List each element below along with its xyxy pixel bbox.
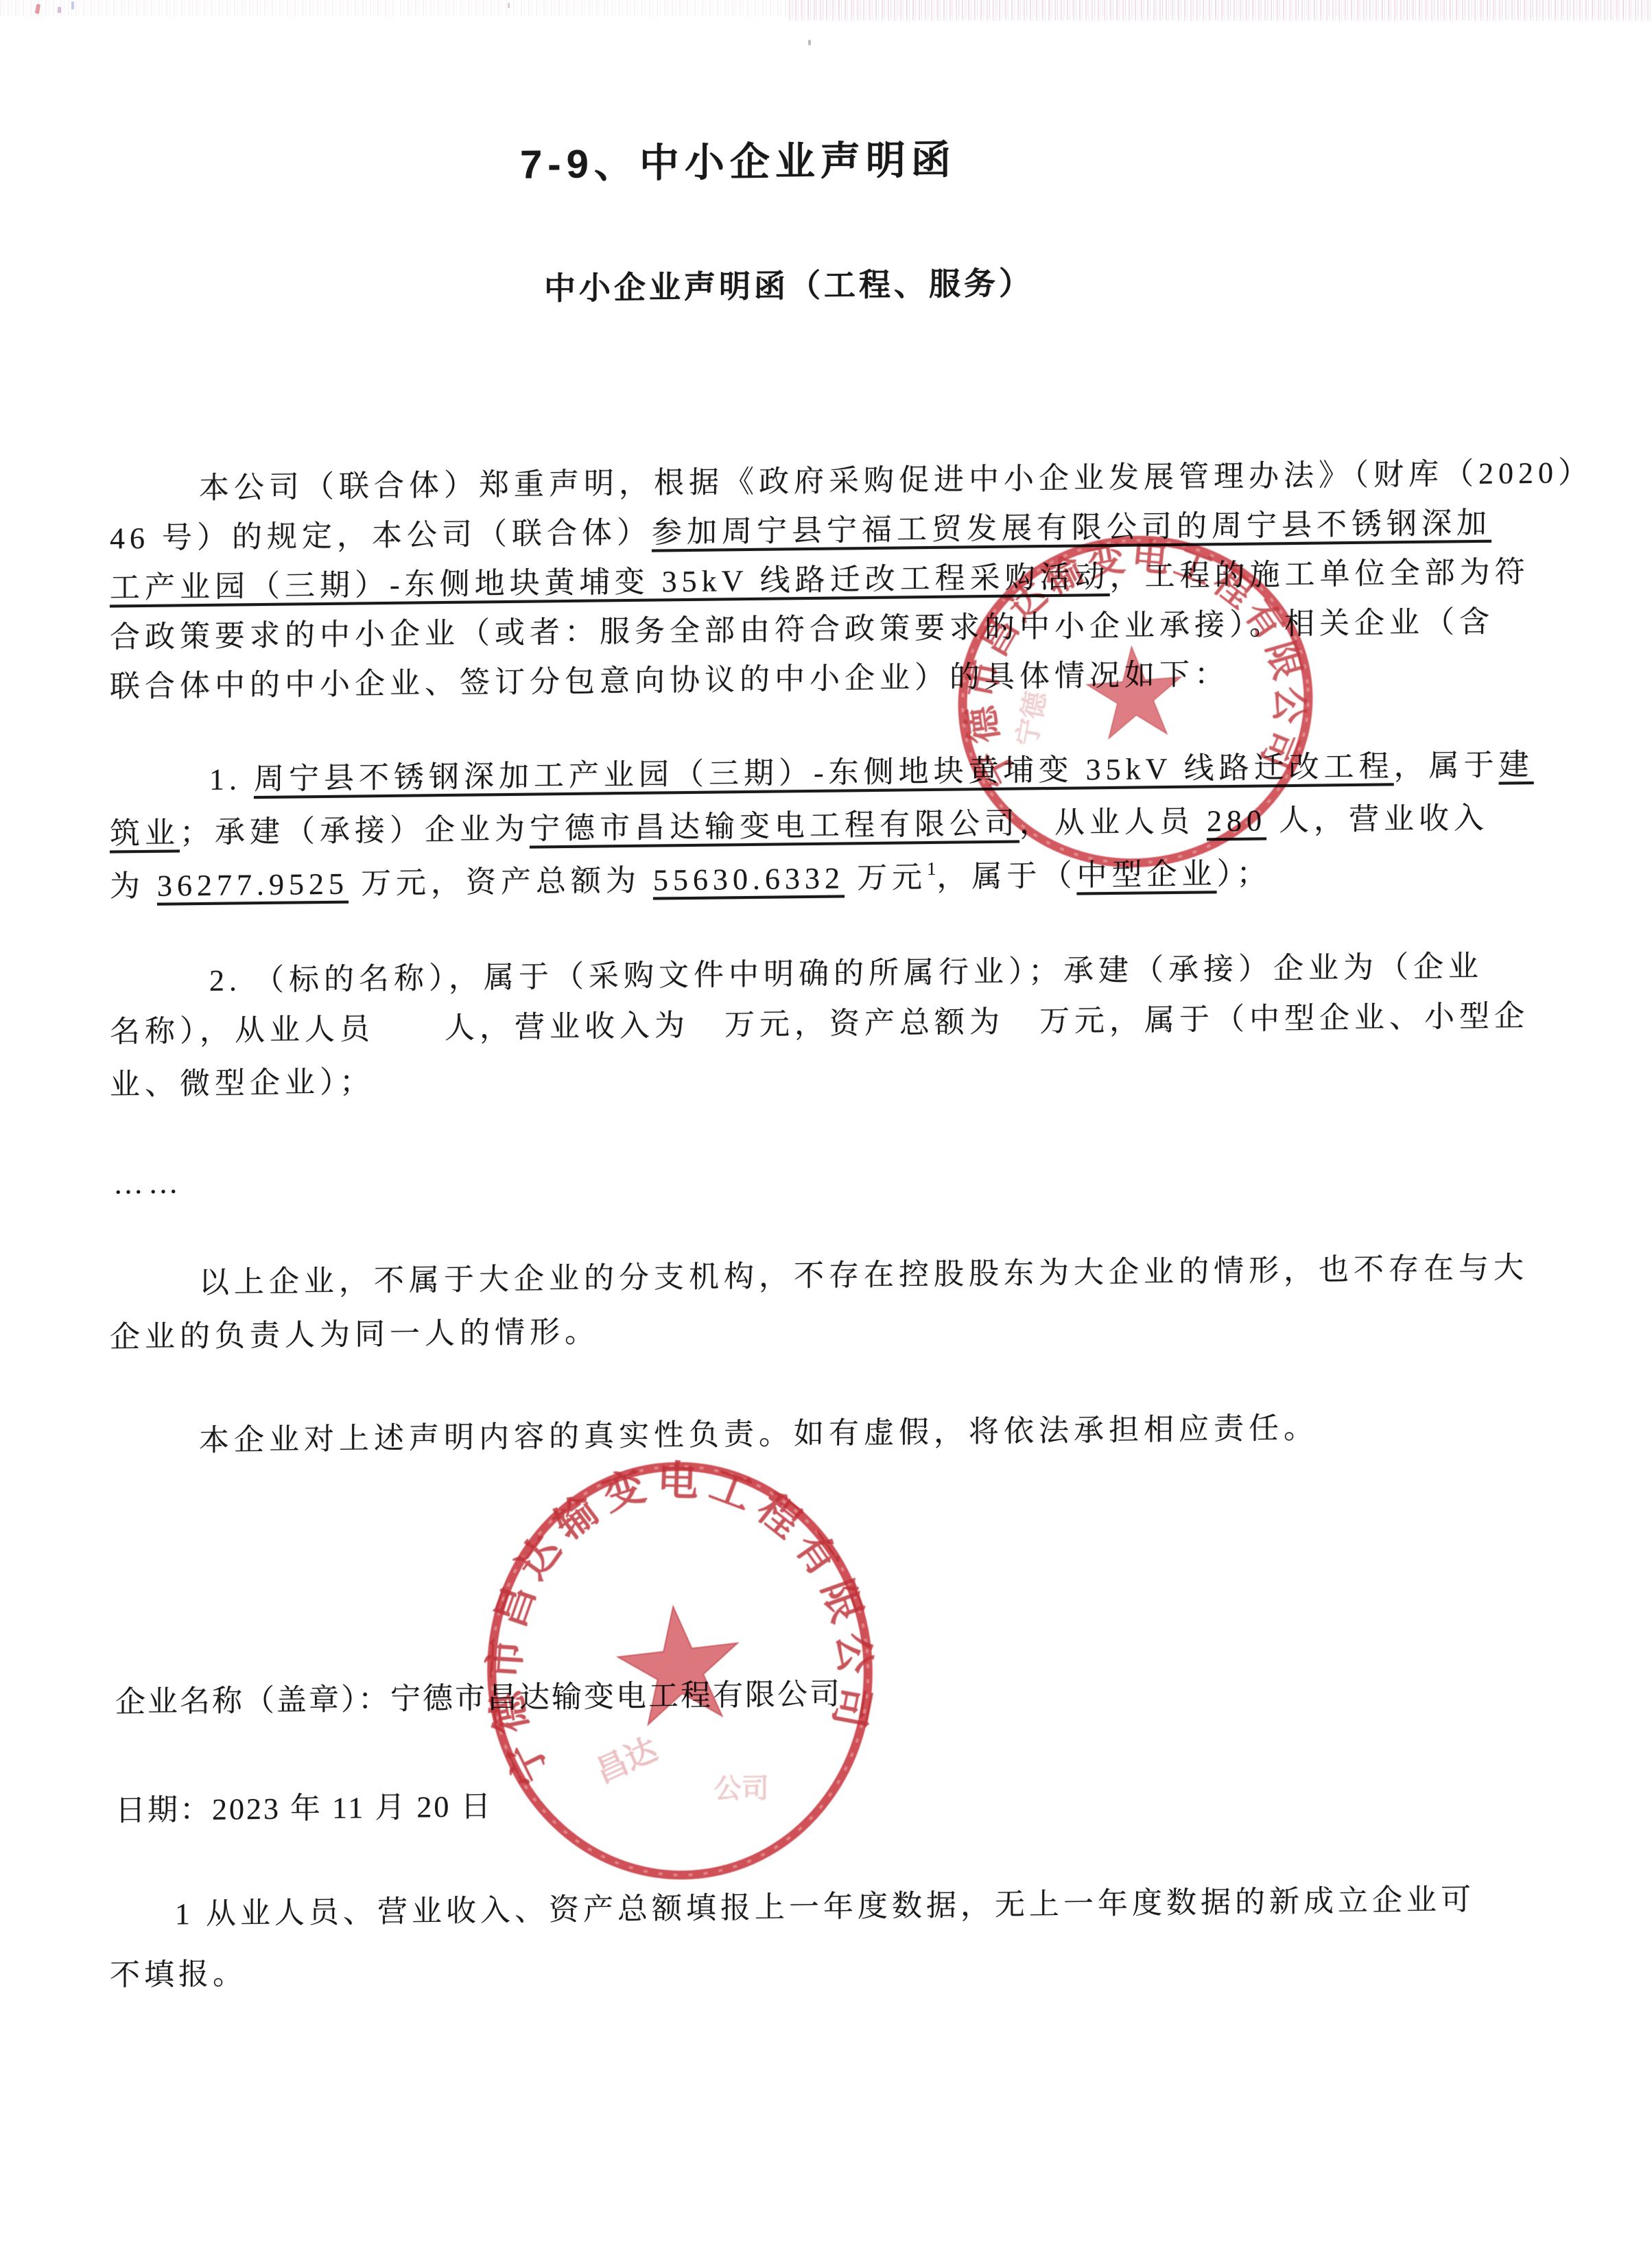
item2-line3: 业、微型企业）； [110,1057,375,1103]
text-run: 46 号）的规定，本公司（联合体） [110,516,652,556]
text-run: 本公司（联合体）郑重声明，根据《政府采购促进中小企业发展管理办法》（财库（202… [199,456,1593,505]
seal-stamps-layer: 宁德市昌达输变电工程有限公司宁德宁德市昌达输变电工程有限公司昌达公司 [0,0,1652,1]
underlined-text-run: 筑业 [110,816,180,850]
text-run: 2. （标的名称），属于（采购文件中明确的所属行业）；承建（承接）企业为（企业 [209,950,1483,998]
text-run: 企业的负责人为同一人的情形。 [110,1315,600,1354]
seal-star-icon [1085,643,1185,740]
text-run: 以上企业，不属于大企业的分支机构，不存在控股股东为大企业的情形，也不存在与大 [199,1251,1529,1300]
text-run: 1. [209,762,254,797]
text-run: 日期：2023 年 11 月 20 日 [115,1789,493,1827]
seal-faint-mark: 宁德 [1011,688,1052,749]
item2-line1: 2. （标的名称），属于（采购文件中明确的所属行业）；承建（承接）企业为（企业 [110,941,1483,1001]
company-seal-stamp-top: 宁德市昌达输变电工程有限公司宁德 [928,506,1343,897]
text-run: 为 [110,869,157,904]
text-run: 名称），从业人员 人，营业收入为 万元，资产总额为 万元，属于（中型企业、小型企 [110,999,1529,1048]
text-run: …… [113,1166,183,1200]
underlined-text-run: 建 [1499,748,1534,782]
text-run: ，属于 [1394,749,1499,784]
ellipsis-line: …… [113,1165,183,1201]
underlined-text-run: 55630.6332 [653,861,845,897]
underlined-text-run: 36277.9525 [157,867,349,903]
date-line: 日期：2023 年 11 月 20 日 [115,1781,493,1829]
text-run: 万元，资产总额为 [349,864,653,901]
page-title: 7-9、中小企业声明函 [520,128,956,190]
text-run: 万元 [845,860,927,895]
item2-line2: 名称），从业人员 人，营业收入为 万元，资产总额为 万元，属于（中型企业、小型企 [110,991,1529,1050]
document-body: 本公司（联合体）郑重声明，根据《政府采购促进中小企业发展管理办法》（财库（202… [0,0,1652,1]
seal-star-icon [613,1600,744,1728]
seal-faint-mark: 公司 [714,1772,769,1804]
seal-faint-mark: 昌达 [591,1732,663,1790]
no-affiliation-line1: 以上企业，不属于大企业的分支机构，不存在控股股东为大企业的情形，也不存在与大 [110,1243,1529,1302]
scanned-document-page: 7-9、中小企业声明函 中小企业声明函（工程、服务） 本公司（联合体）郑重声明，… [0,0,1652,2256]
footnote-line2: 不填报。 [110,1949,247,1994]
text-run: 业、微型企业）； [110,1065,375,1101]
no-affiliation-line2: 企业的负责人为同一人的情形。 [110,1306,600,1356]
document-sheet: 7-9、中小企业声明函 中小企业声明函（工程、服务） 本公司（联合体）郑重声明，… [0,0,1652,2256]
document-subtitle: 中小企业声明函（工程、服务） [544,258,1034,309]
company-seal-stamp-bottom: 宁德市昌达输变电工程有限公司昌达公司 [458,1426,902,1914]
text-run: 不填报。 [110,1957,247,1992]
text-run: ；承建（承接）企业为 [180,812,530,850]
